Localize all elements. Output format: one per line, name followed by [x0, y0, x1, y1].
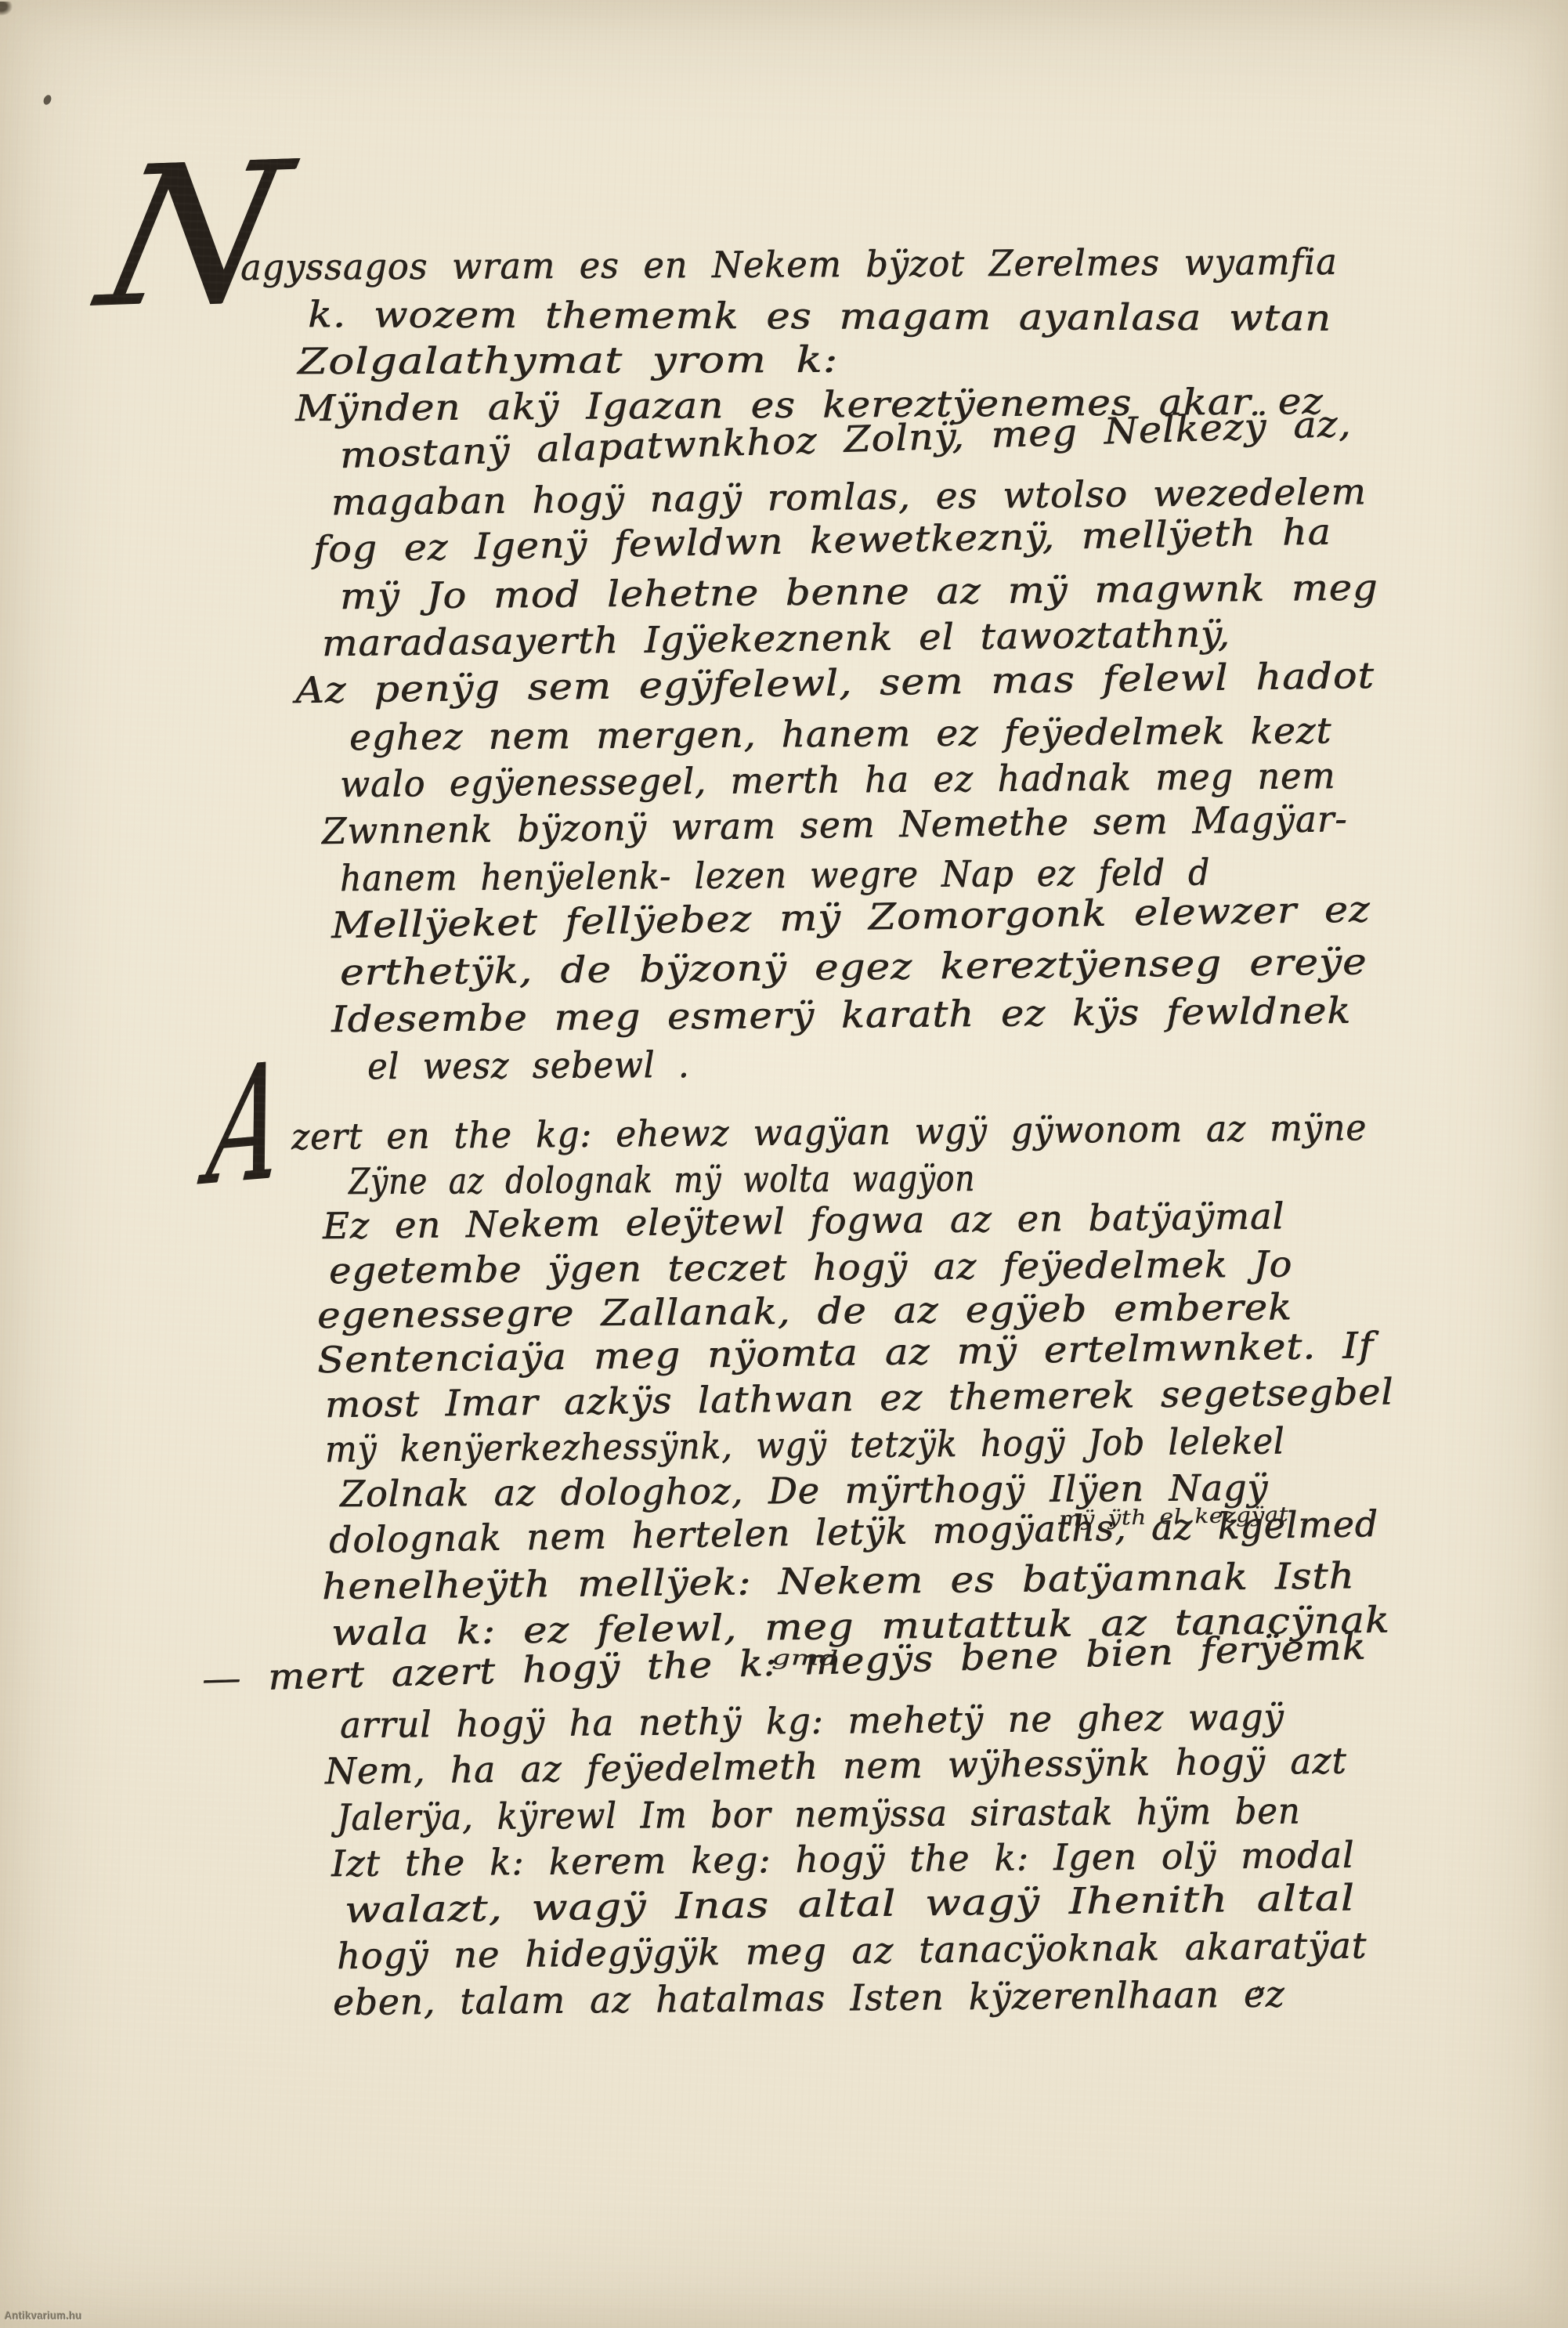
handwritten-line: Ez en Nekem eleÿtewl fogwa az en batÿaÿm… [323, 1198, 1285, 1244]
handwritten-line: Mellÿeket fellÿebez mÿ Zomorgonk elewzer… [331, 891, 1371, 943]
handwritten-line: mÿ Jo mod lehetne benne az mÿ magwnk meg [340, 569, 1378, 614]
initial-capital-a: A [201, 1042, 292, 1208]
handwritten-line: mÿ kenÿerkezhessÿnk, wgÿ tetzÿk hogÿ Job… [325, 1422, 1285, 1467]
handwritten-line: Nem, ha az feÿedelmeth nem wÿhessÿnk hog… [325, 1742, 1347, 1789]
interlinear-insertion: mÿ ÿth el kezgÿat , [1059, 1504, 1310, 1530]
handwritten-line: hogÿ ne hidegÿgÿk meg az tanacÿoknak aka… [337, 1927, 1367, 1974]
handwritten-line: Jalerÿa, kÿrewl Im bor nemÿssa sirastak … [337, 1792, 1301, 1835]
handwritten-line: walazt, wagÿ Inas altal wagÿ Ihenith alt… [345, 1879, 1356, 1928]
handwritten-line: walo egÿenessegel, merth ha ez hadnak me… [340, 757, 1336, 802]
handwritten-line: eben, talam az hatalmas Isten kÿzerenlha… [333, 1976, 1285, 2020]
handwritten-line: k. wozem thememk es magam ayanlasa wtan [308, 296, 1331, 336]
handwritten-line: Zÿne az dolognak mÿ wolta wagÿon [349, 1160, 975, 1199]
ink-fleck [42, 94, 53, 107]
handwritten-line: most Imar azkÿs lathwan ez themerek sege… [325, 1373, 1394, 1422]
handwritten-line: eghez nem mergen, hanem ez feÿedelmek ke… [349, 712, 1332, 755]
handwritten-line: arrul hogÿ ha nethÿ kg: mehetÿ ne ghez w… [340, 1698, 1284, 1743]
handwritten-line: hanem henÿelenk- lezen wegre Nap ez feld… [340, 854, 1210, 896]
handwritten-line: maradasayerth Igÿekeznenk el tawoztathnÿ… [322, 616, 1230, 661]
handwritten-line: agyssagos wram es en Nekem bÿzot Zerelme… [240, 244, 1338, 285]
manuscript-page: N A agyssagos wram es en Nekem bÿzot Zer… [0, 0, 1568, 2328]
handwritten-line: Izt the k: kerem keg: hogÿ the k: Igen o… [331, 1837, 1355, 1882]
initial-capital-n: N [87, 137, 298, 335]
handwritten-line: el wesz sebewl . [367, 1047, 690, 1084]
handwritten-line: zert en the kg: ehewz wagÿan wgÿ gÿwonom… [291, 1109, 1367, 1155]
handwritten-line: Idesembe meg esmerÿ karath ez kÿs fewldn… [331, 992, 1352, 1037]
handwritten-line: egetembe ÿgen teczet hogÿ az feÿedelmek … [329, 1245, 1292, 1289]
handwritten-line: Zolnak az dologhoz, De mÿrthogÿ Ilÿen Na… [340, 1469, 1269, 1512]
handwritten-line: henelheÿth mellÿek: Nekem es batÿamnak I… [322, 1557, 1355, 1604]
watermark: Antikvarium.hu [5, 2309, 82, 2322]
handwritten-line: Zolgalathymat yrom k: [298, 342, 838, 379]
handwritten-line: erthetÿk, de bÿzonÿ egez kereztÿenseg er… [340, 943, 1367, 990]
interlinear-insertion: gmd [771, 1648, 839, 1669]
scan-corner-artifact [0, 2, 13, 16]
handwritten-line: Zwnnenk bÿzonÿ wram sem Nemethe sem Magÿ… [322, 801, 1348, 849]
handwritten-line: Az penÿg sem egÿfelewl, sem mas felewl h… [295, 657, 1375, 708]
